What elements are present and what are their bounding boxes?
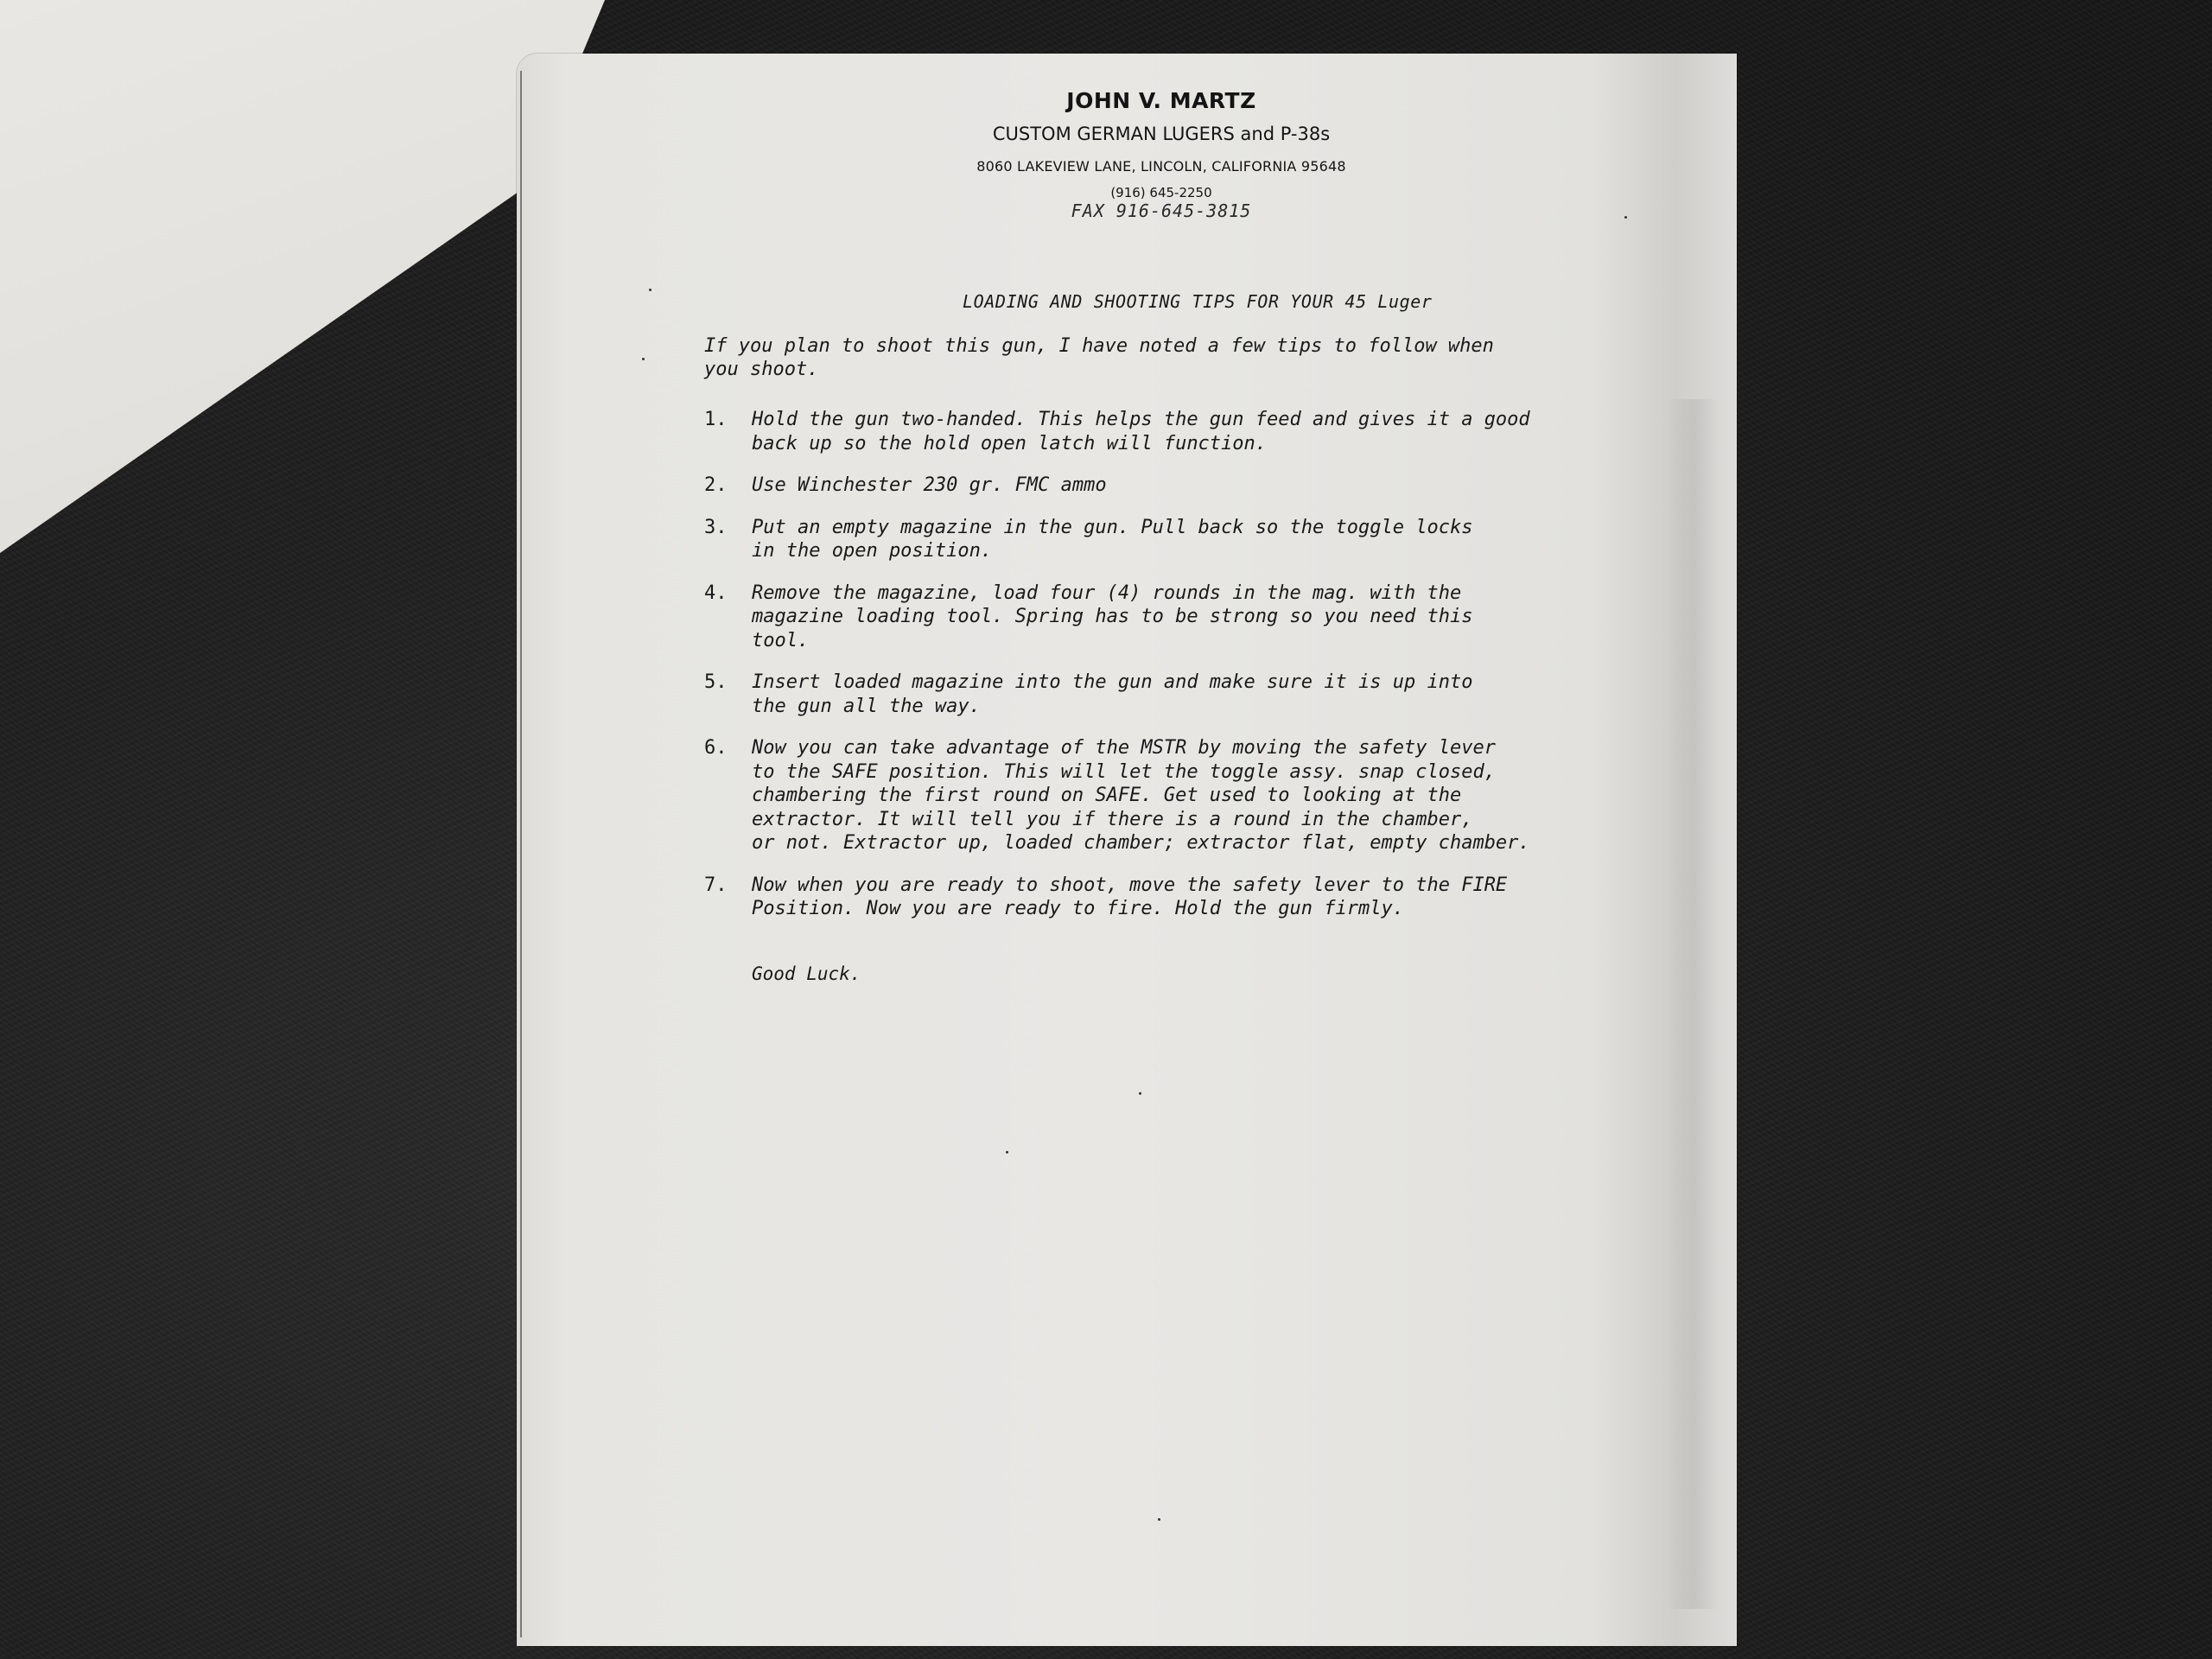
tip-number: 5. [704,671,728,695]
tip-number: 1. [704,408,728,432]
tip-item: 6. Now you can take advantage of the MST… [704,736,1568,855]
letterhead-name: JOHN V. MARTZ [586,88,1737,113]
intro-paragraph: If you plan to shoot this gun, I have no… [704,334,1525,381]
tip-text: Now you can take advantage of the MSTR b… [752,736,1568,855]
tip-text: Put an empty magazine in the gun. Pull b… [752,516,1568,563]
tip-text: Remove the magazine, load four (4) round… [752,582,1568,653]
page-fold-edge [520,71,522,1637]
tip-number: 3. [704,516,728,540]
tip-number: 7. [704,874,728,898]
tip-number: 6. [704,736,728,760]
tip-text: Insert loaded magazine into the gun and … [752,671,1568,718]
tip-number: 2. [704,474,728,498]
tip-text: Hold the gun two-handed. This helps the … [752,408,1568,455]
toner-speck [1006,1151,1008,1154]
toner-speck [642,358,645,360]
tip-item: 7. Now when you are ready to shoot, move… [704,874,1568,921]
letterhead-fax: FAX 916-645-3815 [586,200,1737,221]
letter-page: JOHN V. MARTZ CUSTOM GERMAN LUGERS and P… [517,54,1737,1646]
tip-item: 4. Remove the magazine, load four (4) ro… [704,582,1568,653]
letterhead: JOHN V. MARTZ CUSTOM GERMAN LUGERS and P… [517,88,1737,221]
tip-text: Use Winchester 230 gr. FMC ammo [752,474,1568,498]
tip-item: 5. Insert loaded magazine into the gun a… [704,671,1568,718]
tip-item: 1. Hold the gun two-handed. This helps t… [704,408,1568,455]
closing-text: Good Luck. [752,963,861,984]
letterhead-business: CUSTOM GERMAN LUGERS and P-38s [586,124,1737,144]
tips-list: 1. Hold the gun two-handed. This helps t… [704,408,1568,921]
document-title: LOADING AND SHOOTING TIPS FOR YOUR 45 Lu… [963,291,1433,312]
toner-speck [1139,1092,1141,1095]
toner-speck [1158,1518,1160,1521]
letterhead-address: 8060 LAKEVIEW LANE, LINCOLN, CALIFORNIA … [586,158,1737,175]
tip-text: Now when you are ready to shoot, move th… [752,874,1568,921]
toner-speck [1624,216,1627,219]
toner-speck [649,289,652,291]
tip-item: 3. Put an empty magazine in the gun. Pul… [704,516,1568,563]
tip-number: 4. [704,582,728,606]
tip-item: 2. Use Winchester 230 gr. FMC ammo [704,474,1568,498]
letterhead-phone: (916) 645-2250 [586,185,1737,200]
